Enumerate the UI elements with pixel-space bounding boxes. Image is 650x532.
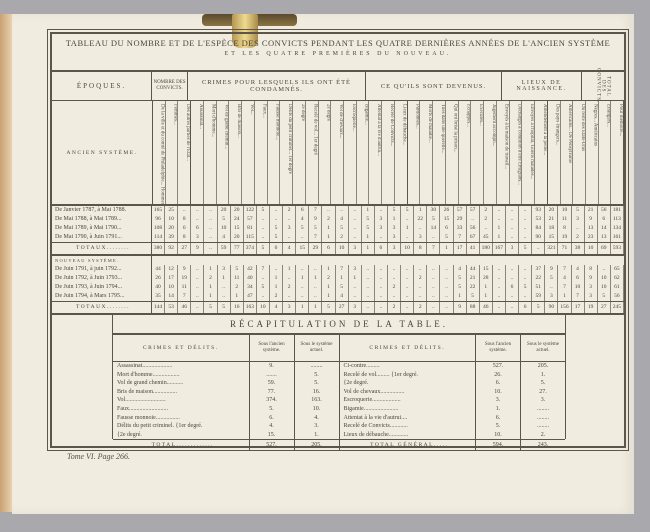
recap-crime: Bigamie....................... [340, 405, 477, 414]
cell-value: 28 [480, 274, 493, 283]
recap-header-actuel: Sous le système actuel. [295, 335, 339, 361]
cell-value: 108 [152, 224, 165, 233]
recap-ancien: 15. [250, 431, 295, 440]
cell-value: 8 [585, 265, 598, 274]
cell-value: .. [414, 283, 427, 292]
cell-value: 12 [165, 265, 178, 274]
totals-label: Totaux........ [52, 243, 152, 254]
total-value: 5 [322, 302, 335, 313]
total-value: 46 [178, 302, 191, 313]
recap-ancien: 10. [476, 431, 521, 440]
period-label: De Juin 1791, à juin 1792... [52, 265, 152, 274]
cell-value: 13 [598, 233, 611, 242]
cell-value: 23 [585, 233, 598, 242]
cell-value: 11 [558, 215, 571, 224]
cell-value: 1 [362, 206, 375, 215]
total-value: 17 [454, 243, 467, 254]
cell-value: .. [362, 274, 375, 283]
period-label: De Juin 1793, à Juin 1794... [52, 283, 152, 292]
cell-value: 3 [414, 233, 427, 242]
total-value: 3 [506, 243, 519, 254]
cell-value: 5 [270, 224, 283, 233]
cell-value: 3 [572, 215, 585, 224]
period-label: De Mai 1789, à Mai 1790... [52, 224, 152, 233]
recap-left-table: Crimes et délits. Sous l'ancien système.… [113, 335, 340, 451]
group-header-row: Époques. Nombre des convicts. Crimes pou… [52, 72, 624, 101]
column-header: Pour mémoire... [611, 101, 624, 204]
recap-actuel: 4. [295, 414, 339, 423]
cell-value: .. [519, 206, 532, 215]
cell-value: .. [467, 215, 480, 224]
era-label-ancien: Ancien système. [52, 101, 153, 204]
cell-value: 1 [454, 292, 467, 301]
cell-value: 2 [572, 233, 585, 242]
cell-value: 1 [349, 274, 362, 283]
cell-value: .. [414, 265, 427, 274]
recap-actuel: 1. [521, 371, 565, 380]
cell-value: 51 [532, 283, 545, 292]
cell-value: 5 [296, 224, 309, 233]
total-value: 17 [572, 302, 585, 313]
cell-value: .. [349, 292, 362, 301]
recap-crime: {2e degré. [113, 431, 250, 440]
cell-value: 3 [218, 265, 231, 274]
cell-value: .. [349, 224, 362, 233]
column-headers: Ancien système. De la ville et du comté … [52, 101, 624, 206]
cell-value: 5 [572, 206, 585, 215]
cell-value: .. [257, 215, 270, 224]
recap-actuel: 3. [521, 396, 565, 405]
cell-value: 9 [585, 215, 598, 224]
cell-value: 57 [454, 206, 467, 215]
column-header: Échappés... [459, 101, 472, 204]
cell-value: 20 [231, 233, 244, 242]
cell-value: .. [349, 215, 362, 224]
cell-value: .. [493, 292, 506, 301]
total-value: 27 [336, 302, 349, 313]
total-value: 41 [467, 243, 480, 254]
cell-value: 26 [152, 274, 165, 283]
cell-value: 53 [532, 215, 545, 224]
cell-value: 1 [388, 215, 401, 224]
cell-value: 37 [532, 265, 545, 274]
recapitulation-table: Récapitulation de la table. Crimes et dé… [113, 315, 566, 439]
recap-row: {2e degré.6.5. [340, 379, 566, 388]
cell-value: 57 [244, 215, 257, 224]
cell-value: .. [191, 283, 204, 292]
cell-value: .. [270, 265, 283, 274]
total-value: 10 [336, 243, 349, 254]
cell-value: 10 [598, 274, 611, 283]
cell-value: 2 [322, 274, 335, 283]
total-value: 92 [165, 243, 178, 254]
cell-value: .. [519, 233, 532, 242]
recap-ancien: 59. [250, 379, 295, 388]
cell-value: 5 [336, 283, 349, 292]
cell-value: .. [506, 292, 519, 301]
column-header: Vol de grand chemin... [217, 101, 230, 204]
cell-value: 45 [480, 233, 493, 242]
cell-value: 5 [388, 206, 401, 215]
cell-value: 20 [545, 206, 558, 215]
recap-ancien: 6. [250, 414, 295, 423]
total-value: 69 [598, 243, 611, 254]
cell-value: .. [598, 265, 611, 274]
cell-value: 34 [244, 283, 257, 292]
cell-value: 1 [322, 224, 335, 233]
cell-value: 4 [296, 215, 309, 224]
recap-row: Faux..........................5.10. [113, 405, 339, 414]
total-value: .. [440, 302, 453, 313]
cell-value: 7 [572, 292, 585, 301]
cell-value: 40 [244, 274, 257, 283]
total-value: 53 [165, 302, 178, 313]
cell-value: 19 [178, 274, 191, 283]
cell-value: .. [493, 215, 506, 224]
cell-value: .. [191, 292, 204, 301]
cell-value: 56 [598, 206, 611, 215]
cell-value: 5 [519, 283, 532, 292]
cell-value: 33 [454, 224, 467, 233]
cell-value: .. [178, 206, 191, 215]
cell-value: 1 [283, 265, 296, 274]
cell-value: 56 [467, 224, 480, 233]
cell-value: .. [506, 215, 519, 224]
cell-value: 1 [309, 274, 322, 283]
header-epoques: Époques. [52, 72, 152, 100]
cell-value: 5 [270, 233, 283, 242]
cell-value: 6 [178, 224, 191, 233]
cell-value: 20 [218, 206, 231, 215]
nouveau-systeme-block: Nouveau système.De Juin 1791, à juin 179… [52, 256, 624, 315]
column-header: De la ville et du comté de Philadelphie.… [153, 101, 166, 204]
cell-value: 3 [388, 224, 401, 233]
cell-value: .. [218, 292, 231, 301]
cell-value: 1 [322, 233, 335, 242]
cell-value: 1 [414, 206, 427, 215]
cell-value: .. [427, 283, 440, 292]
cell-value: 7 [336, 265, 349, 274]
recap-ancien: ....... [250, 371, 295, 380]
cell-value: .. [336, 206, 349, 215]
cell-value: 21 [585, 206, 598, 215]
total-value: 38 [572, 243, 585, 254]
cell-value: 4 [454, 265, 467, 274]
total-value: 9 [454, 302, 467, 313]
recap-crime: Faux.......................... [113, 405, 250, 414]
cell-value: 4 [558, 274, 571, 283]
cell-value: 2 [414, 274, 427, 283]
cell-value: 2 [480, 206, 493, 215]
cell-value: 7 [309, 206, 322, 215]
cell-value: 62 [611, 274, 624, 283]
cell-value: .. [506, 274, 519, 283]
cell-value: .. [191, 215, 204, 224]
cell-value: 35 [152, 292, 165, 301]
cell-value: 6 [572, 274, 585, 283]
total-value: 9 [191, 243, 204, 254]
cell-value: 8 [178, 233, 191, 242]
recap-actuel: 3. [295, 422, 339, 431]
book-page: Tableau du nombre et de l'espèce des con… [12, 14, 634, 514]
cell-value: 40 [152, 283, 165, 292]
recap-row: Vol de chevaux................10.27. [340, 388, 566, 397]
total-value: 156 [558, 302, 571, 313]
recap-actuel: 1. [295, 431, 339, 440]
cell-value: 21 [545, 215, 558, 224]
cell-value: 1 [362, 233, 375, 242]
cell-value: 7 [309, 233, 322, 242]
cell-value: .. [401, 215, 414, 224]
recap-total-label: Total............. [113, 440, 250, 451]
cell-value: 1 [270, 274, 283, 283]
total-value: 374 [244, 243, 257, 254]
cell-value: 115 [244, 233, 257, 242]
cell-value: 1 [204, 292, 217, 301]
cell-value: 17 [165, 274, 178, 283]
cell-value: .. [493, 274, 506, 283]
cell-value: 24 [231, 215, 244, 224]
cell-value: 44 [152, 265, 165, 274]
cell-value: 1 [401, 224, 414, 233]
cell-value: .. [270, 206, 283, 215]
total-value: 6 [270, 243, 283, 254]
recap-right-table: Crimes et délits. Sous l'ancien système.… [340, 335, 566, 451]
column-header: Amendement à la peine... [535, 101, 548, 204]
cell-value: .. [309, 283, 322, 292]
cell-value: .. [427, 265, 440, 274]
table-row: De Juin 1793, à Juin 1794...401011..1..2… [52, 283, 624, 292]
total-value: 29 [309, 243, 322, 254]
column-header: Des pays étrangers... [548, 101, 561, 204]
column-header: Étrangers... [599, 101, 612, 204]
recap-row: Recelé de vol......... {1er degré.26.1. [340, 371, 566, 380]
cell-value: 15 [480, 265, 493, 274]
cell-value: 22 [467, 283, 480, 292]
header-lieux: Lieux de naissance. [502, 72, 582, 100]
column-header: Tués dans une querelle... [433, 101, 446, 204]
header-total: Total des Convicts. [582, 72, 624, 100]
recap-row: Assassinat....................9......... [113, 362, 339, 371]
recap-row: Lieux de débauche.............10.2. [340, 431, 566, 440]
recap-crime: Délits du petit criminel. {1er degré. [113, 422, 250, 431]
total-value: .. [401, 302, 414, 313]
cell-value: 56 [611, 292, 624, 301]
cell-value: .. [204, 215, 217, 224]
recap-crime: Vol de chevaux................ [340, 388, 477, 397]
recap-actuel: 10. [295, 405, 339, 414]
cell-value: .. [283, 292, 296, 301]
total-value: 5 [519, 243, 532, 254]
era-label: Nouveau système. [52, 256, 152, 265]
recap-row: Attentat à la vie d'autrui....6......... [340, 414, 566, 423]
cell-value: 1 [322, 292, 335, 301]
total-value: 3 [349, 302, 362, 313]
cell-value: .. [519, 292, 532, 301]
table-row: De Juin 1791, à juin 1792...44129..13542… [52, 265, 624, 274]
total-value: 2 [414, 302, 427, 313]
cell-value: .. [440, 283, 453, 292]
recap-actuel: ........ [521, 405, 565, 414]
recap-ancien: 26. [476, 371, 521, 380]
cell-value: 2 [204, 274, 217, 283]
cell-value: 7 [558, 265, 571, 274]
recap-row: Ci-contre.........527.205. [340, 362, 566, 371]
cell-value: .. [440, 265, 453, 274]
recap-ancien: 10. [476, 388, 521, 397]
cell-value: 5 [427, 215, 440, 224]
cell-value: 5 [257, 206, 270, 215]
table-frame: Tableau du nombre et de l'espèce des con… [50, 32, 626, 448]
cell-value: 96 [152, 215, 165, 224]
recap-actuel: 163. [295, 396, 339, 405]
total-value: 1 [440, 243, 453, 254]
column-header: 2e degré [319, 101, 332, 204]
totals-label: Totaux........ [52, 302, 152, 313]
cell-value: 8 [178, 215, 191, 224]
cell-value: 181 [611, 206, 624, 215]
recap-header-crimes: Crimes et délits. [340, 335, 477, 361]
cell-value: .. [545, 283, 558, 292]
cell-value: 5 [454, 274, 467, 283]
column-header: Du reste des États-Unis [573, 101, 586, 204]
total-value: .. [493, 302, 506, 313]
cell-value: .. [309, 265, 322, 274]
cell-value: .. [493, 283, 506, 292]
cell-value: 6 [296, 206, 309, 215]
recap-title: Récapitulation de la table. [113, 315, 565, 335]
cell-value: .. [493, 206, 506, 215]
cell-value: 18 [545, 224, 558, 233]
cell-value: .. [493, 265, 506, 274]
total-value: 167 [493, 243, 506, 254]
period-label: De Juin 1794, à Mars 1795... [52, 292, 152, 301]
total-value: 59 [218, 243, 231, 254]
totals-row: Totaux........38092279..5977374564152961… [52, 242, 624, 254]
recap-crime: Bris de maison................ [113, 388, 250, 397]
column-header: Assassinat... [191, 101, 204, 204]
cell-value: 21 [467, 274, 480, 283]
cell-value: .. [257, 292, 270, 301]
total-value: .. [191, 302, 204, 313]
cell-value: .. [401, 274, 414, 283]
cell-value: .. [401, 283, 414, 292]
cell-value: 14 [598, 224, 611, 233]
total-value: 3 [388, 243, 401, 254]
cell-value: 81 [244, 224, 257, 233]
table-row: De Mai 1789, à Mai 1790...1082066..10158… [52, 224, 624, 233]
recap-actuel: 5. [521, 379, 565, 388]
column-header: Fausse monnoie... [268, 101, 281, 204]
recap-row: Bris de maison................77.16. [113, 388, 339, 397]
total-value: 1 [296, 302, 309, 313]
recap-ancien: 9. [250, 362, 295, 371]
recap-row: Vol...........................374.163. [113, 396, 339, 405]
title-line-1: Tableau du nombre et de l'espèce des con… [52, 38, 624, 48]
cell-value: 122 [244, 206, 257, 215]
recap-crime: Ci-contre......... [340, 362, 477, 371]
total-value: 10 [257, 302, 270, 313]
cell-value: .. [375, 233, 388, 242]
cell-value: 5 [362, 215, 375, 224]
cell-value: 2 [283, 206, 296, 215]
total-value: 163 [244, 302, 257, 313]
total-value: 46 [480, 302, 493, 313]
cell-value: 15 [545, 233, 558, 242]
header-crimes: Crimes pour lesquels ils ont été condamn… [188, 72, 366, 100]
cell-value: 22 [414, 215, 427, 224]
total-value: .. [362, 302, 375, 313]
cell-value: 10 [572, 283, 585, 292]
cell-value: 30 [427, 206, 440, 215]
cell-value: 3 [585, 283, 598, 292]
cell-value: 42 [244, 265, 257, 274]
cell-value: 2 [231, 283, 244, 292]
total-value: 245 [611, 302, 624, 313]
recap-ancien: 3. [476, 396, 521, 405]
cell-value: 84 [532, 224, 545, 233]
recap-actuel: 2. [521, 431, 565, 440]
cell-value: .. [296, 265, 309, 274]
table-title: Tableau du nombre et de l'espèce des con… [52, 34, 624, 72]
recap-ancien: 77. [250, 388, 295, 397]
column-header: Escroquerie... [344, 101, 357, 204]
column-header: Pardonnés... [408, 101, 421, 204]
total-value: 6 [375, 243, 388, 254]
cell-value: .. [519, 215, 532, 224]
cell-value: 5 [440, 233, 453, 242]
cell-value: 2 [283, 283, 296, 292]
column-header: Déchargés à condition d'être Emigrans... [510, 101, 523, 204]
recap-row: Fausse monnoie................6.4. [113, 414, 339, 423]
cell-value: .. [296, 233, 309, 242]
total-value: 5 [204, 302, 217, 313]
cell-value: 4 [336, 292, 349, 301]
cell-value: .. [519, 224, 532, 233]
column-header: Qui ont brisé la prison... [446, 101, 459, 204]
total-value: 15 [296, 243, 309, 254]
cell-value: 3 [375, 224, 388, 233]
cell-value: .. [309, 292, 322, 301]
cell-value: .. [218, 283, 231, 292]
recap-crime: Fausse monnoie................ [113, 414, 250, 423]
cell-value: .. [375, 206, 388, 215]
cell-value: 1 [204, 283, 217, 292]
cell-value: 19 [558, 233, 571, 242]
cell-value: 11 [231, 274, 244, 283]
cell-value: 15 [231, 224, 244, 233]
ancien-systeme-block: De Janvier 1787, à Mai 1788.16525......2… [52, 206, 624, 256]
cell-value: .. [375, 265, 388, 274]
recap-row: Mort d'homme.........................5. [113, 371, 339, 380]
recap-header-actuel: Sous le système actuel. [521, 335, 565, 361]
cell-value: 134 [611, 224, 624, 233]
cell-value: 9 [585, 274, 598, 283]
recap-ancien: 4. [250, 422, 295, 431]
cell-value: 61 [611, 283, 624, 292]
cell-value: 14 [165, 292, 178, 301]
cell-value: 5 [231, 265, 244, 274]
cell-value: 6 [598, 215, 611, 224]
column-header: Attentat à la vie d'autrui... [369, 101, 382, 204]
cell-value: 25 [165, 206, 178, 215]
recap-ancien: 6. [476, 379, 521, 388]
cell-value: 3 [585, 292, 598, 301]
cell-value: .. [480, 224, 493, 233]
cell-value: 5 [362, 224, 375, 233]
totals-row: Totaux........1445346..55161631043115273… [52, 301, 624, 313]
cell-value: .. [204, 224, 217, 233]
